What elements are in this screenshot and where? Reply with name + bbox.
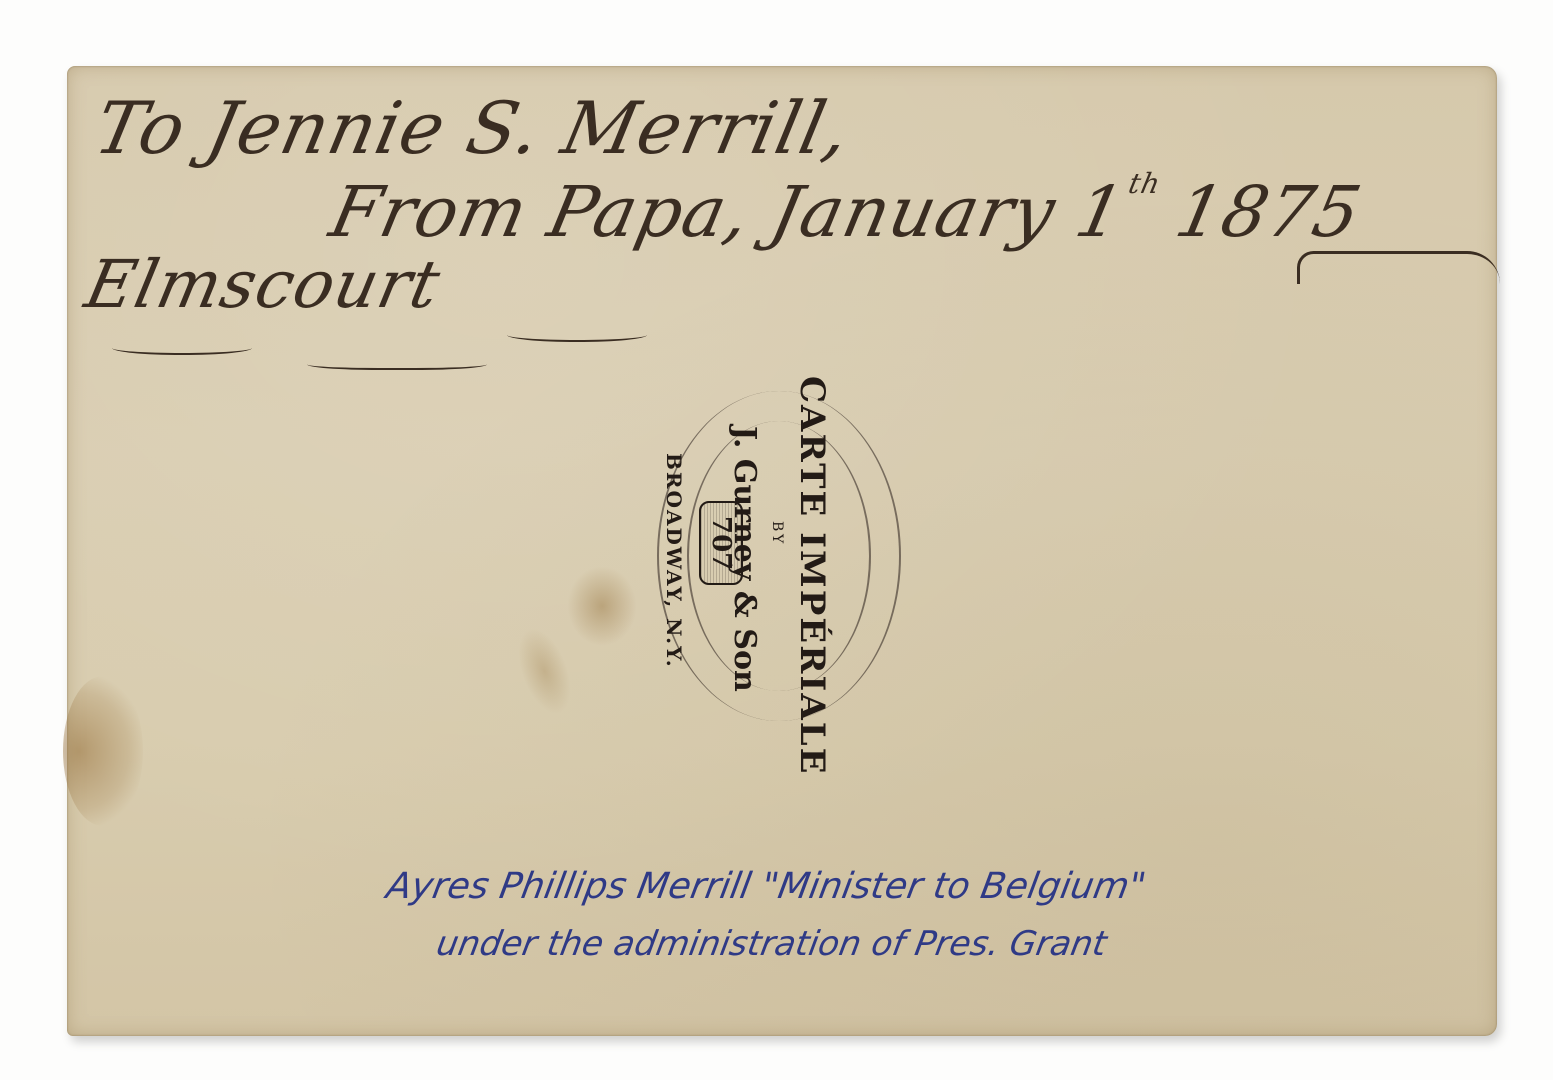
inscription-place: Elmscourt <box>79 246 447 323</box>
imprint-title: CARTE IMPÉRIALE <box>792 376 832 736</box>
pen-flourish <box>112 341 252 355</box>
inscription-year: 1875 <box>1169 171 1369 253</box>
photo-scene: To Jennie S. Merrill, From Papa, January… <box>0 0 1553 1080</box>
imprint-street-number: 707 <box>699 501 743 585</box>
inscription-sender-date: From Papa, January 1th 1875 <box>323 171 1368 253</box>
pen-flourish <box>1297 251 1500 284</box>
inscription-recipient: To Jennie S. Merrill, <box>88 86 858 170</box>
annotation-line-2: under the administration of Pres. Grant <box>433 924 1109 964</box>
water-stain <box>63 676 143 826</box>
cabinet-card: To Jennie S. Merrill, From Papa, January… <box>67 66 1497 1036</box>
pen-flourish <box>307 356 487 370</box>
foxing-stain <box>508 621 581 721</box>
imprint-by: BY <box>769 521 785 546</box>
inscription-ordinal: th <box>1126 167 1164 200</box>
foxing-stain <box>567 566 637 646</box>
imprint-address: BROADWAY, N.Y. <box>662 451 686 671</box>
inscription-from-text: From Papa, January 1 <box>323 171 1131 253</box>
annotation-line-1: Ayres Phillips Merrill "Minister to Belg… <box>383 866 1149 907</box>
photographer-imprint: CARTE IMPÉRIALE BY J. Gurney & Son 707 B… <box>657 371 897 741</box>
pen-flourish <box>507 328 647 342</box>
